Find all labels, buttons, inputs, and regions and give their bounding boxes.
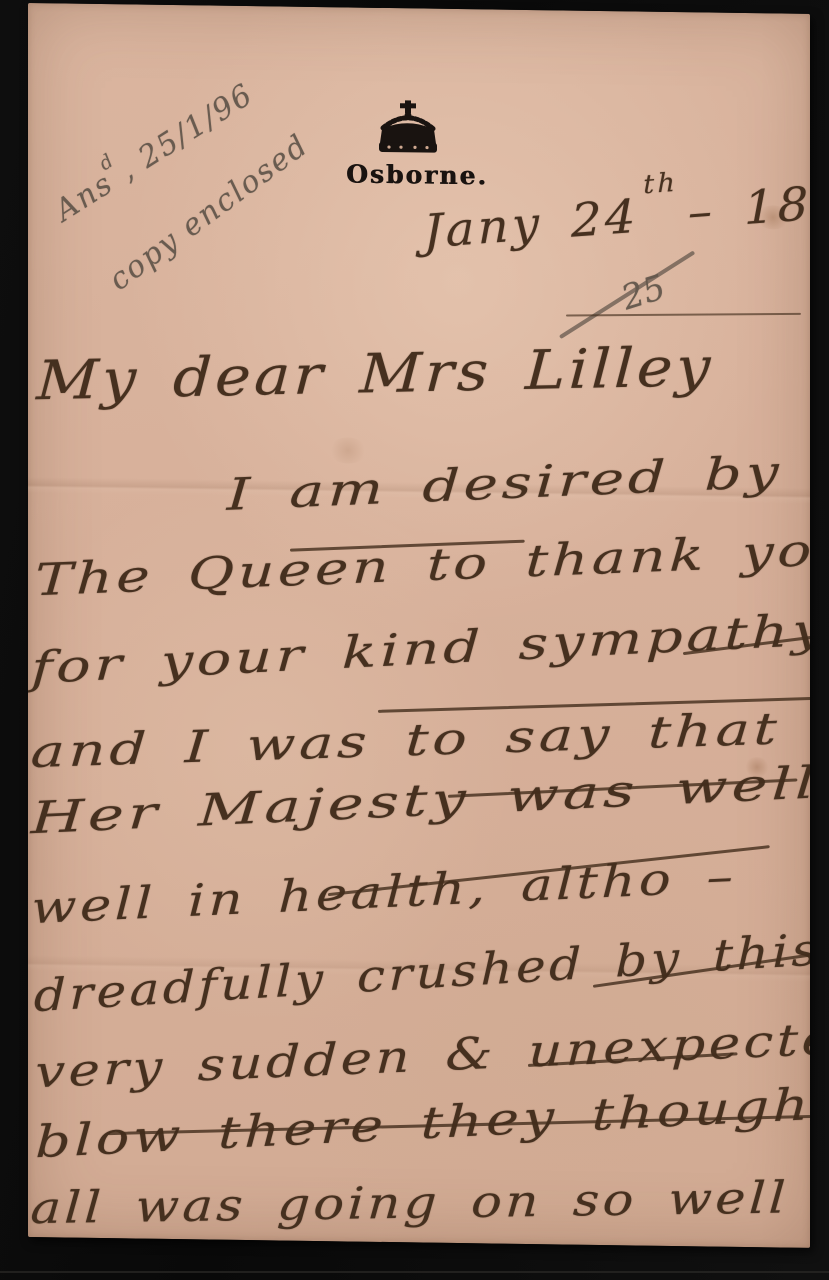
letterhead-place: Osborne. xyxy=(346,159,470,190)
scan-edge-line xyxy=(0,1271,829,1273)
date-underline-stroke xyxy=(566,313,801,317)
letter-line-10: all was going on so well xyxy=(29,1172,790,1234)
date-day: Jany 24 xyxy=(423,189,639,259)
letterhead: Osborne. xyxy=(346,99,470,190)
photo-background: Ansd, 25/1/96 copy enclosed Osborne. xyxy=(0,0,829,1280)
letter-paper: Ansd, 25/1/96 copy enclosed Osborne. xyxy=(28,3,810,1248)
answered-text: Ans xyxy=(49,166,120,229)
salutation: My dear Mrs Lilley xyxy=(35,335,715,412)
letter-line-3: for your kind sympathy xyxy=(31,604,810,694)
paper-stain xyxy=(328,437,368,464)
pencil-slash-mark xyxy=(559,250,695,339)
date-ordinal: th xyxy=(643,167,678,200)
letter-line-6: well in health, altho – xyxy=(31,851,737,934)
date-year: – 1896 xyxy=(687,171,810,239)
crown-icon xyxy=(377,100,439,157)
letter-line-1: I am desired by xyxy=(226,446,783,520)
letter-line-2: The Queen to thank you xyxy=(34,524,810,607)
